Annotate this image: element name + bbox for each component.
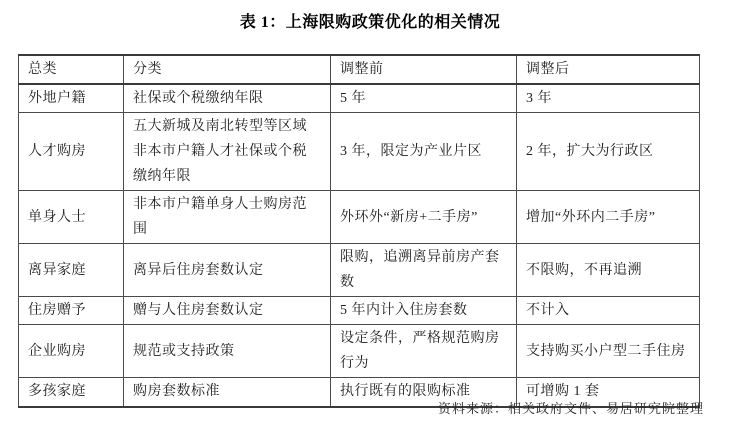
- cell-before: 外环外“新房+二手房”: [331, 191, 517, 244]
- cell-after: 增加“外环内二手房”: [517, 191, 700, 244]
- column-header-category: 总类: [19, 55, 124, 84]
- cell-category: 住房赠予: [19, 297, 124, 325]
- column-header-before: 调整前: [331, 55, 517, 84]
- table-row: 住房赠予 赠与人住房套数认定 5 年内计入住房套数 不计入: [19, 297, 700, 325]
- column-header-after: 调整后: [517, 55, 700, 84]
- table-title: 表 1：上海限购政策优化的相关情况: [0, 9, 740, 32]
- cell-after: 不限购，不再追溯: [517, 244, 700, 297]
- cell-before: 5 年: [331, 84, 517, 113]
- table-row: 人才购房 五大新城及南北转型等区域非本市户籍人才社保或个税缴纳年限 3 年，限定…: [19, 113, 700, 191]
- cell-after: 2 年，扩大为行政区: [517, 113, 700, 191]
- cell-category: 企业购房: [19, 325, 124, 378]
- cell-before: 3 年，限定为产业片区: [331, 113, 517, 191]
- table-row: 外地户籍 社保或个税缴纳年限 5 年 3 年: [19, 84, 700, 113]
- cell-after: 不计入: [517, 297, 700, 325]
- cell-category: 离异家庭: [19, 244, 124, 297]
- column-header-subcategory: 分类: [124, 55, 331, 84]
- table-row: 单身人士 非本市户籍单身人士购房范围 外环外“新房+二手房” 增加“外环内二手房…: [19, 191, 700, 244]
- table-header-row: 总类 分类 调整前 调整后: [19, 55, 700, 84]
- cell-before: 设定条件，严格规范购房行为: [331, 325, 517, 378]
- cell-subcategory: 购房套数标准: [124, 378, 331, 407]
- source-note: 资料来源：相关政府文件、易居研究院整理: [438, 398, 704, 417]
- cell-subcategory: 社保或个税缴纳年限: [124, 84, 331, 113]
- cell-before: 5 年内计入住房套数: [331, 297, 517, 325]
- cell-subcategory: 赠与人住房套数认定: [124, 297, 331, 325]
- cell-before: 限购，追溯离异前房产套数: [331, 244, 517, 297]
- policy-table: 总类 分类 调整前 调整后 外地户籍 社保或个税缴纳年限 5 年 3 年 人才购…: [18, 54, 700, 408]
- cell-subcategory: 离异后住房套数认定: [124, 244, 331, 297]
- cell-after: 3 年: [517, 84, 700, 113]
- cell-category: 外地户籍: [19, 84, 124, 113]
- cell-category: 人才购房: [19, 113, 124, 191]
- cell-category: 多孩家庭: [19, 378, 124, 407]
- report-page: 表 1：上海限购政策优化的相关情况 总类 分类 调整前 调整后 外地户籍 社保或…: [0, 0, 740, 425]
- cell-subcategory: 五大新城及南北转型等区域非本市户籍人才社保或个税缴纳年限: [124, 113, 331, 191]
- table-row: 离异家庭 离异后住房套数认定 限购，追溯离异前房产套数 不限购，不再追溯: [19, 244, 700, 297]
- cell-after: 支持购买小户型二手住房: [517, 325, 700, 378]
- table-row: 企业购房 规范或支持政策 设定条件，严格规范购房行为 支持购买小户型二手住房: [19, 325, 700, 378]
- cell-subcategory: 非本市户籍单身人士购房范围: [124, 191, 331, 244]
- cell-category: 单身人士: [19, 191, 124, 244]
- cell-subcategory: 规范或支持政策: [124, 325, 331, 378]
